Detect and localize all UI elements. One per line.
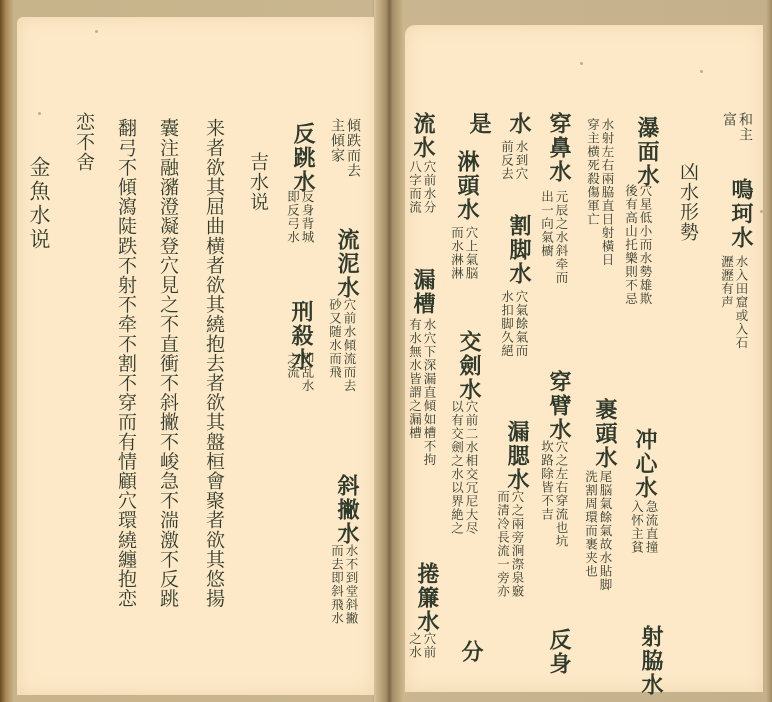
- entry-title-shi: 是: [468, 112, 490, 136]
- entry-title-lousai-water: 漏腮水: [506, 420, 528, 492]
- section-heading-goldfish-water: 金魚水说: [28, 156, 49, 252]
- entry-title-chuanbi-arm-water: 穿臂水: [548, 370, 570, 442]
- entry-annotation: 傾跌而去 主傾家: [330, 118, 360, 178]
- entry-title-gejiao-water: 割脚水: [508, 214, 530, 286]
- entry-title-fen: 分: [460, 640, 482, 664]
- entry-annotation: 水入田窟或入石 瀝瀝有声: [720, 255, 747, 350]
- entry-title-guotou-water: 裹頭水: [594, 398, 616, 470]
- entry-title-jiaojian-water: 交劍水: [458, 330, 480, 402]
- entry-title-xiepie-water: 斜撇水: [336, 474, 358, 546]
- entry-annotation: 穴前水分 八字而流: [408, 160, 435, 214]
- book-spine: [374, 0, 405, 702]
- section-heading-bad-water: 凶水形勢: [678, 162, 697, 242]
- entry-annotation: 尾脳氣餘氣故水貼脚 洗割周環而裹夹也: [584, 470, 611, 592]
- entry-annotation: 水射左右兩脇直日射橫日 穿主横死殺傷軍亡: [586, 118, 613, 267]
- paper-blemish: [580, 62, 583, 65]
- annotation-block: 和主 富: [722, 112, 752, 142]
- entry-title-loucao: 漏槽: [412, 268, 434, 316]
- body-text-column: 翻弓不傾瀉陡跌不射不牵不割不穿而有情顧穴環繞纏抱恋: [116, 118, 135, 608]
- entry-title-mingke-water: 鳴珂水: [730, 178, 752, 250]
- entry-annotation: 水不到堂斜撇 而去即斜飛水: [330, 544, 357, 625]
- entry-title-lintou-water: 淋頭水: [456, 150, 478, 222]
- entry-annotation: 反身背城 即反弓水: [286, 190, 313, 244]
- paper-blemish: [38, 112, 41, 115]
- entry-annotation: 急流直撞 入怀主貧: [630, 500, 657, 554]
- paper-blemish: [95, 30, 98, 33]
- open-book: 和主 富 鳴珂水 水入田窟或入石 瀝瀝有声 凶水形勢 瀑面水 穴星低小而水勢雄欺…: [0, 0, 772, 702]
- entry-annotation: 穴前水傾流而去 砂又随水而飛: [328, 298, 355, 393]
- entry-annotation: 水到穴 前反去: [500, 140, 527, 181]
- section-heading-good-water: 吉水说: [248, 152, 267, 212]
- entry-annotation: 穴之左右穿流也坑 坎路除皆不吉: [540, 440, 567, 548]
- entry-title-liu-water: 流水: [412, 112, 434, 160]
- paper-blemish: [760, 210, 763, 213]
- entry-title-shexie-water: 射脇水: [640, 625, 662, 697]
- entry-annotation: 水穴下深漏直傾如槽不拘 有水無水皆謂之漏槽: [408, 318, 435, 467]
- entry-title-liuni-water: 流泥水: [336, 228, 358, 300]
- entry-annotation: 穴之兩旁涧漈泉竅 而清冷長流一旁亦: [496, 490, 523, 598]
- entry-title-fanshen: 反身: [548, 628, 570, 676]
- entry-title-pumian-water: 瀑面水: [636, 116, 658, 188]
- body-text-column: 来者欲其屈曲横者欲其繞抱去者欲其盤桓會聚者欲其悠揚: [204, 118, 223, 608]
- body-text-column: 恋不舍: [74, 112, 93, 172]
- entry-title-fantiao-water: 反跳水: [292, 122, 314, 194]
- paper-blemish: [700, 70, 703, 73]
- entry-annotation: 穴前二水相交冗尼大尽 以有交劍之水以界絶之: [450, 400, 477, 535]
- entry-annotation: 穴星低小而水勢雄欺 後有高山托樂則不忌: [624, 184, 651, 306]
- entry-annotation: 穴氣餘氣而 水扣脚久絕: [500, 290, 527, 358]
- entry-annotation: 即乱水 之流: [286, 352, 313, 393]
- left-page: [17, 17, 374, 695]
- entry-title-chuanbi-water: 穿鼻水: [548, 112, 570, 184]
- entry-title-chongxin-water: 冲心水: [634, 428, 656, 500]
- body-text-column: 囊注融瀦澄凝登穴見之不直衝不斜撇不峻急不湍激不反跳: [158, 118, 177, 608]
- entry-annotation: 元辰之水斜牵而 出一向氣櫥: [540, 190, 567, 285]
- entry-title-water: 水: [508, 112, 530, 136]
- entry-annotation: 穴上氣脳 而水淋淋: [450, 226, 477, 280]
- entry-title-juanlian-water: 捲簾水: [416, 562, 438, 634]
- entry-annotation: 穴前 之水: [408, 632, 435, 659]
